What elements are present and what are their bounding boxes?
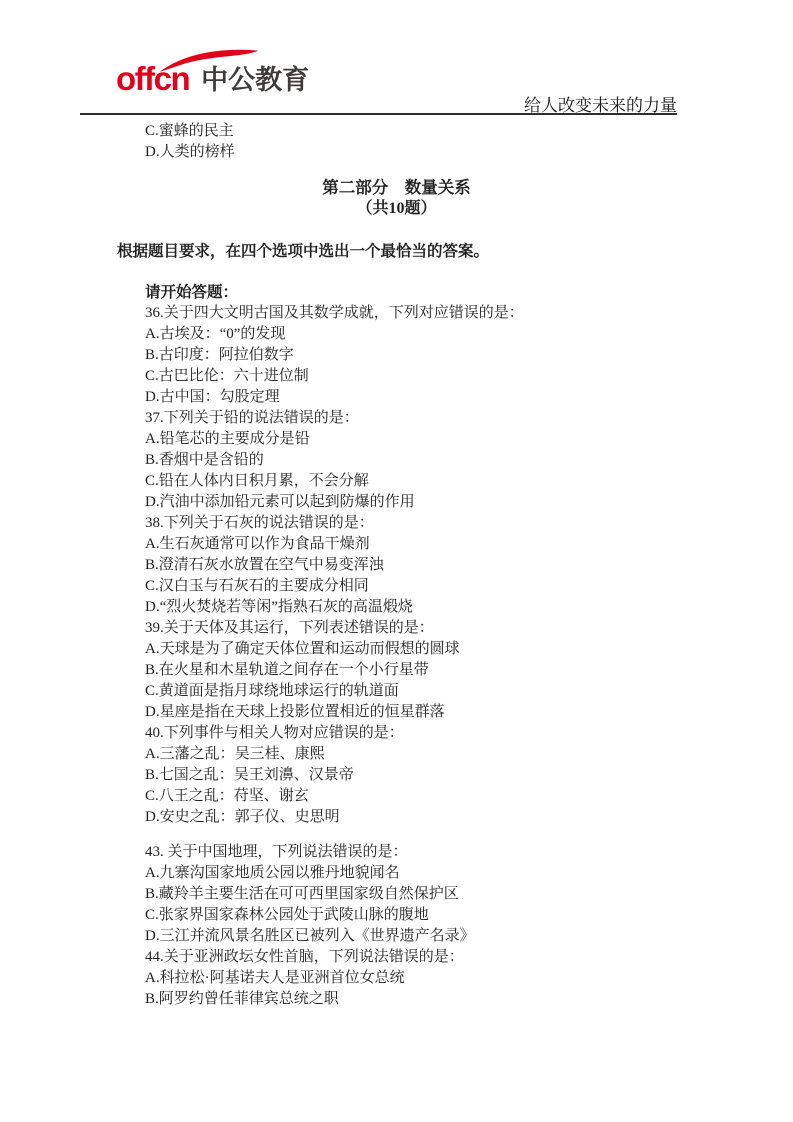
section-title: 第二部分 数量关系	[0, 177, 793, 198]
question-option: A.生石灰通常可以作为食品干燥剂	[145, 534, 793, 555]
question-option: D.三江并流风景名胜区已被列入《世界遗产名录》	[145, 926, 793, 947]
start-prompt: 请开始答题：	[145, 282, 793, 303]
logo-swoosh-icon	[158, 47, 260, 73]
question-stem: 39.关于天体及其运行，下列表述错误的是：	[145, 618, 793, 639]
question-stem: 36.关于四大文明古国及其数学成就，下列对应错误的是：	[145, 303, 793, 324]
option-line: C.蜜蜂的民主	[145, 121, 793, 142]
question-option: C.古巴比伦：六十进位制	[145, 366, 793, 387]
section-question-count: （共10题）	[0, 198, 793, 220]
question-stem: 37.下列关于铅的说法错误的是：	[145, 408, 793, 429]
question-list: 36.关于四大文明古国及其数学成就，下列对应错误的是： A.古埃及：“0”的发现…	[145, 303, 793, 1010]
option-line: D.人类的榜样	[145, 142, 793, 163]
question-option: B.古印度：阿拉伯数字	[145, 345, 793, 366]
document-body: C.蜜蜂的民主 D.人类的榜样 第二部分 数量关系 （共10题） 根据题目要求，…	[0, 119, 793, 1010]
question-option: C.铅在人体内日积月累，不会分解	[145, 471, 793, 492]
question-option: D.星座是指在天球上投影位置相近的恒星群落	[145, 702, 793, 723]
question-option: B.阿罗约曾任菲律宾总统之职	[145, 989, 793, 1010]
question-option: A.科拉松·阿基诺夫人是亚洲首位女总统	[145, 968, 793, 989]
question-option: B.澄清石灰水放置在空气中易变浑浊	[145, 555, 793, 576]
question-option: A.九寨沟国家地质公园以雅丹地貌闻名	[145, 863, 793, 884]
question-option: B.藏羚羊主要生活在可可西里国家级自然保护区	[145, 884, 793, 905]
question-option: D.“烈火焚烧若等闲”指熟石灰的高温煅烧	[145, 597, 793, 618]
question-option: C.汉白玉与石灰石的主要成分相同	[145, 576, 793, 597]
question-block-40: 40.下列事件与相关人物对应错误的是： A.三藩之乱：吴三桂、康熙 B.七国之乱…	[145, 723, 793, 828]
document-page: offcn 中公教育 给人改变未来的力量 C.蜜蜂的民主 D.人类的榜样 第二部…	[0, 0, 793, 1122]
question-option: D.汽油中添加铅元素可以起到防爆的作用	[145, 492, 793, 513]
question-option: B.在火星和木星轨道之间存在一个小行星带	[145, 660, 793, 681]
question-option: A.三藩之乱：吴三桂、康熙	[145, 744, 793, 765]
question-option: B.香烟中是含铅的	[145, 450, 793, 471]
question-option: A.天球是为了确定天体位置和运动而假想的圆球	[145, 639, 793, 660]
question-option: C.八王之乱：苻坚、谢玄	[145, 786, 793, 807]
question-block-37: 37.下列关于铅的说法错误的是： A.铅笔芯的主要成分是铅 B.香烟中是含铅的 …	[145, 408, 793, 513]
question-option: A.古埃及：“0”的发现	[145, 324, 793, 345]
question-block-38: 38.下列关于石灰的说法错误的是： A.生石灰通常可以作为食品干燥剂 B.澄清石…	[145, 513, 793, 618]
instruction-text: 根据题目要求，在四个选项中选出一个最恰当的答案。	[117, 241, 793, 262]
question-option: D.古中国：勾股定理	[145, 387, 793, 408]
question-block-36: 36.关于四大文明古国及其数学成就，下列对应错误的是： A.古埃及：“0”的发现…	[145, 303, 793, 408]
question-block-43: 43. 关于中国地理，下列说法错误的是： A.九寨沟国家地质公园以雅丹地貌闻名 …	[145, 842, 793, 947]
question-option: B.七国之乱：吴王刘濞、汉景帝	[145, 765, 793, 786]
question-option: C.张家界国家森林公园处于武陵山脉的腹地	[145, 905, 793, 926]
offcn-logo: offcn 中公教育	[116, 62, 309, 95]
question-option: A.铅笔芯的主要成分是铅	[145, 429, 793, 450]
previous-question-options: C.蜜蜂的民主 D.人类的榜样	[145, 121, 793, 163]
header-divider	[80, 113, 677, 115]
question-option: D.安史之乱：郭子仪、史思明	[145, 807, 793, 828]
question-stem: 43. 关于中国地理，下列说法错误的是：	[145, 842, 793, 863]
question-block-39: 39.关于天体及其运行，下列表述错误的是： A.天球是为了确定天体位置和运动而假…	[145, 618, 793, 723]
question-stem: 44.关于亚洲政坛女性首脑，下列说法错误的是：	[145, 947, 793, 968]
question-option: C.黄道面是指月球绕地球运行的轨道面	[145, 681, 793, 702]
question-block-44: 44.关于亚洲政坛女性首脑，下列说法错误的是： A.科拉松·阿基诺夫人是亚洲首位…	[145, 947, 793, 1010]
question-stem: 40.下列事件与相关人物对应错误的是：	[145, 723, 793, 744]
question-stem: 38.下列关于石灰的说法错误的是：	[145, 513, 793, 534]
